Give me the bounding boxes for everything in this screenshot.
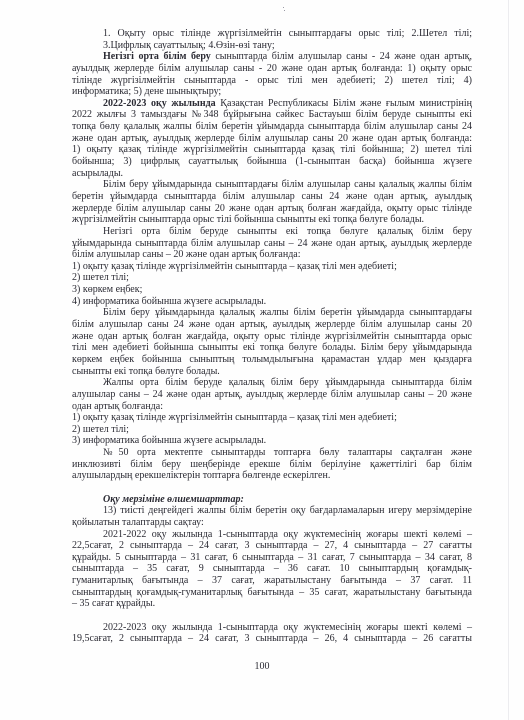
text-line: 3) информатика бойынша жүзеге асырылады.: [72, 435, 472, 447]
text-run: ауылдық жерлерде білім алушылар саны - 2…: [72, 63, 472, 74]
text-run: 2) шетел тілі;: [72, 272, 129, 283]
text-run: Жалпы орта білім беруде қалалық білім бе…: [103, 377, 472, 388]
text-line: және одан артық, ауылдық жерлерде білім …: [72, 133, 472, 145]
text-line: 3) көркем еңбек;: [72, 284, 472, 296]
text-line: және одан артық болған жағдайда, оқыту о…: [72, 331, 472, 343]
text-line: сыныпты екі топқа бөлуге болады.: [72, 366, 472, 378]
text-line: 2) шетел тілі;: [72, 272, 472, 284]
bold-text: Негізгі орта білім беру: [103, 51, 211, 62]
text-line: Негізгі орта білім беруде сыныпты екі то…: [72, 226, 472, 238]
scan-speck: [283, 7, 284, 8]
text-run: 13) тиісті деңгейдегі жалпы білім береті…: [103, 505, 472, 516]
text-line: ұйымдарында сыныптарда білім алушылар са…: [72, 238, 472, 250]
text-line: 1) оқыту қазақ тілінде жүргізілмейтін сы…: [72, 412, 472, 424]
text-run: 2) шетел тілі;: [72, 424, 129, 435]
text-run: инклюзивті білім беру шеңберінде ерекше …: [72, 459, 472, 470]
text-run: информатика; 5) дене шынықтыру;: [72, 86, 221, 97]
text-run: 3.Цифрлық сауаттылық; 4.Өзін-өзі тану;: [103, 40, 275, 51]
text-run: беретін ұйымдарда сыныптарда білім алушы…: [72, 191, 472, 202]
text-line: гуманитарлық бағытында – 37 сағат, жарат…: [72, 575, 472, 587]
text-run: білім алушылар саны – 20 және одан артық…: [72, 249, 301, 260]
text-line: 19,5сағат, 2 сыныптарда – 24 сағат, 3 сы…: [72, 633, 472, 645]
text-line: бойынша; 3) цифрлық сауаттылық бойынша (…: [72, 156, 472, 168]
text-run: гуманитарлық бағытында – 37 сағат, жарат…: [72, 575, 472, 586]
blank-line: [72, 610, 472, 622]
text-run: сыныптарда білім алушылар саны - 24 және…: [211, 51, 472, 62]
text-run: қойылатын талаптарды сақтау:: [72, 517, 204, 528]
text-line: жерлерде білім алушылар саны 20 және ода…: [72, 203, 472, 215]
text-line: информатика; 5) дене шынықтыру;: [72, 86, 472, 98]
text-run: 2022-2023 оқу жылында 1-сыныптарда оқу ж…: [103, 622, 472, 633]
text-line: 1) оқыту қазақ тілінде жүргізілмейтін сы…: [72, 144, 472, 156]
text-run: Білім беру ұйымдарында қалалық жалпы біл…: [103, 307, 472, 318]
text-line: 13) тиісті деңгейдегі жалпы білім береті…: [72, 505, 472, 517]
text-run: 4) информатика бойынша жүзеге асырылады.: [72, 296, 266, 307]
text-run: жүргізілмейтін сыныптарда орыс тілі бойы…: [72, 214, 424, 225]
text-line: құрайды. 5 сыныптарда – 31 сағат, 6 сыны…: [72, 552, 472, 564]
text-run: – 35 сағат құрайды.: [72, 598, 155, 609]
text-run: 22,5сағат, 2 сыныптарда – 24 сағат, 3 сы…: [72, 540, 472, 551]
text-line: асырылады.: [72, 168, 472, 180]
text-run: 1) оқыту қазақ тілінде жүргізілмейтін сы…: [72, 144, 472, 155]
text-line: 1) оқыту қазақ тілінде жүргізілмейтін сы…: [72, 261, 472, 273]
text-line: сыныптарда – 35 сағат, 9 сыныптарда – 36…: [72, 563, 472, 575]
text-line: білім алушылар саны – 20 және одан артық…: [72, 249, 472, 261]
text-run: білім алушылар саны 24 және одан артық, …: [72, 319, 472, 330]
text-run: 2021-2022 оқу жылында 1-сыныптарда оқу ж…: [103, 529, 472, 540]
text-run: №50 орта мектепте сыныптарды топтарға бө…: [103, 447, 472, 458]
text-line: алушылар саны – 24 және одан артық, ауыл…: [72, 389, 472, 401]
text-run: Негізгі орта білім беруде сыныпты екі то…: [103, 226, 472, 237]
text-run: жерлерде білім алушылар саны 20 және ода…: [72, 203, 472, 214]
text-line: 2022-2023 оқу жылында 1-сыныптарда оқу ж…: [72, 622, 472, 634]
text-line: Негізгі орта білім беру сыныптарда білім…: [72, 51, 472, 63]
section-heading: Оқу мерзіміне өлшемшарттар:: [103, 494, 244, 505]
text-run: 1) оқыту қазақ тілінде жүргізілмейтін сы…: [72, 261, 397, 272]
text-line: 3.Цифрлық сауаттылық; 4.Өзін-өзі тану;: [72, 40, 472, 52]
text-run: және одан артық, ауылдық жерлерде білім …: [72, 133, 472, 144]
text-line: ауылдық жерлерде білім алушылар саны - 2…: [72, 63, 472, 75]
text-line: беретін ұйымдарда сыныптарда білім алушы…: [72, 191, 472, 203]
text-run: 2022 жылғы 3 тамыздағы №348 бұйрығына сә…: [72, 109, 472, 120]
text-run: одан артық болғанда:: [72, 401, 163, 412]
text-line: тілі мен әдебиеті бойынша сыныпты екі то…: [72, 342, 472, 354]
text-run: көркем еңбек бойынша сыныптың толымдылығ…: [72, 354, 472, 365]
text-line: 22,5сағат, 2 сыныптарда – 24 сағат, 3 сы…: [72, 540, 472, 552]
text-line: Оқу мерзіміне өлшемшарттар:: [72, 494, 472, 506]
text-line: 2) шетел тілі;: [72, 424, 472, 436]
text-line: Жалпы орта білім беруде қалалық білім бе…: [72, 377, 472, 389]
text-run: асырылады.: [72, 168, 123, 179]
text-run: 3) көркем еңбек;: [72, 284, 142, 295]
text-run: құрайды. 5 сыныптарда – 31 сағат, 6 сыны…: [72, 552, 472, 563]
text-line: сыныптардың қоғамдық-гуманитарлық бағыты…: [72, 587, 472, 599]
text-run: 1) оқыту қазақ тілінде жүргізілмейтін сы…: [72, 412, 397, 423]
text-line: тілінде жүргізілмейтін сыныптарда - орыс…: [72, 75, 472, 87]
text-run: топқа бөлу қалалық жалпы білім беретін ұ…: [72, 121, 472, 132]
text-line: 2022-2023 оқу жылында Қазақстан Республи…: [72, 98, 472, 110]
text-line: №50 орта мектепте сыныптарды топтарға бө…: [72, 447, 472, 459]
text-run: тілінде жүргізілмейтін сыныптарда - орыс…: [72, 75, 472, 86]
text-run: 1. Оқыту орыс тілінде жүргізілмейтін сын…: [103, 28, 472, 39]
text-run: 19,5сағат, 2 сыныптарда – 24 сағат, 3 сы…: [72, 633, 472, 644]
text-line: қойылатын талаптарды сақтау:: [72, 517, 472, 529]
text-run: Қазақстан Республикасы Білім және ғылым …: [216, 98, 472, 109]
blank-line: [72, 482, 472, 494]
text-run: алушылар саны – 24 және одан артық, ауыл…: [72, 389, 472, 400]
text-line: көркем еңбек бойынша сыныптың толымдылығ…: [72, 354, 472, 366]
text-line: 2022 жылғы 3 тамыздағы №348 бұйрығына сә…: [72, 109, 472, 121]
text-line: одан артық болғанда:: [72, 401, 472, 413]
text-run: алушылардың ерекшеліктерін топтарға бөлг…: [72, 470, 330, 481]
scan-edge-line: [508, 0, 509, 720]
text-run: сыныптарда – 35 сағат, 9 сыныптарда – 36…: [72, 563, 472, 574]
text-run: және одан артық болған жағдайда, оқыту о…: [72, 331, 472, 342]
scan-speck: [284, 10, 285, 11]
text-run: 3) информатика бойынша жүзеге асырылады.: [72, 435, 266, 446]
text-line: 4) информатика бойынша жүзеге асырылады.: [72, 296, 472, 308]
text-run: тілі мен әдебиеті бойынша сыныпты екі то…: [72, 342, 472, 353]
page-number: 100: [0, 661, 524, 672]
text-line: 2021-2022 оқу жылында 1-сыныптарда оқу ж…: [72, 529, 472, 541]
text-line: Білім беру ұйымдарында қалалық жалпы біл…: [72, 307, 472, 319]
text-line: топқа бөлу қалалық жалпы білім беретін ұ…: [72, 121, 472, 133]
text-run: бойынша; 3) цифрлық сауаттылық бойынша (…: [72, 156, 472, 167]
text-line: алушылардың ерекшеліктерін топтарға бөлг…: [72, 470, 472, 482]
text-run: сыныптардың қоғамдық-гуманитарлық бағыты…: [72, 587, 472, 598]
text-run: сыныпты екі топқа бөлуге болады.: [72, 366, 220, 377]
text-line: – 35 сағат құрайды.: [72, 598, 472, 610]
bold-text: 2022-2023 оқу жылында: [103, 98, 216, 109]
text-run: ұйымдарында сыныптарда білім алушылар са…: [72, 238, 472, 249]
document-page: 1. Оқыту орыс тілінде жүргізілмейтін сын…: [0, 0, 524, 720]
text-line: инклюзивті білім беру шеңберінде ерекше …: [72, 459, 472, 471]
text-line: Білім беру ұйымдарында сыныптардағы білі…: [72, 179, 472, 191]
text-line: білім алушылар саны 24 және одан артық, …: [72, 319, 472, 331]
text-line: 1. Оқыту орыс тілінде жүргізілмейтін сын…: [72, 28, 472, 40]
text-line: жүргізілмейтін сыныптарда орыс тілі бойы…: [72, 214, 472, 226]
text-run: Білім беру ұйымдарында сыныптардағы білі…: [103, 179, 472, 190]
document-body: 1. Оқыту орыс тілінде жүргізілмейтін сын…: [72, 28, 472, 645]
